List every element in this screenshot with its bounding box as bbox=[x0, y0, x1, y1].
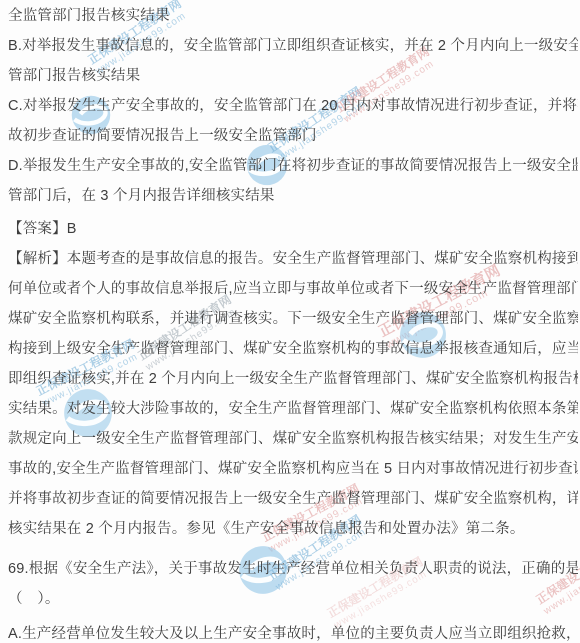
text-line: 煤矿安全监察机构联系，并进行调查核实。下一级安全生产监督管理部门、煤矿安全监察机 bbox=[8, 304, 578, 334]
document-text: 全监管部门报告核实结果 B.对举报发生事故信息的，安全监管部门立即组织查证核实，… bbox=[8, 1, 578, 643]
paragraph-analysis: 【解析】本题考查的是事故信息的报告。安全生产监督管理部门、煤矿安全监察机构接到任… bbox=[8, 244, 578, 544]
text-line: C.对举报发生生产安全事故的，安全监管部门在 20 日内对事故情况进行初步查证，… bbox=[8, 91, 578, 121]
text-line: 事故的,安全生产监督管理部门、煤矿安全监察机构应当在 5 日内对事故情况进行初步… bbox=[8, 454, 578, 484]
exam-document-page: 正保建设工程教育网 www.jianshe99.com 正保建设工程教育网 ww… bbox=[0, 0, 580, 643]
text-line: D.举报发生生产安全事故的,安全监管部门在将初步查证的事故简要情况报告上一级安全… bbox=[8, 151, 578, 181]
question-line: 69.根据《安全生产法》，关于事故发生时生产经营单位相关负责人职责的说法，正确的… bbox=[8, 554, 578, 584]
text-line: 即组织查证核实,并在 2 个月内向上一级安全生产监督管理部门、煤矿安全监察机构报… bbox=[8, 364, 578, 394]
text-line: B.对举报发生事故信息的，安全监管部门立即组织查证核实，并在 2 个月内向上一级… bbox=[8, 31, 578, 61]
paragraph-option-a-continuation: 全监管部门报告核实结果 bbox=[8, 1, 578, 31]
paragraph-option-c: C.对举报发生生产安全事故的，安全监管部门在 20 日内对事故情况进行初步查证，… bbox=[8, 91, 578, 151]
paragraph-option-b: B.对举报发生事故信息的，安全监管部门立即组织查证核实，并在 2 个月内向上一级… bbox=[8, 31, 578, 91]
text-line: 【解析】本题考查的是事故信息的报告。安全生产监督管理部门、煤矿安全监察机构接到任 bbox=[8, 244, 578, 274]
text-line: 何单位或者个人的事故信息举报后,应当立即与事故单位或者下一级安全生产监督管理部门… bbox=[8, 274, 578, 304]
text-line: 管部门报告核实结果 bbox=[8, 61, 578, 91]
text-line: 款规定向上一级安全生产监督管理部门、煤矿安全监察机构报告核实结果；对发生生产安全 bbox=[8, 424, 578, 454]
paragraph-question-69: 69.根据《安全生产法》，关于事故发生时生产经营单位相关负责人职责的说法，正确的… bbox=[8, 554, 578, 614]
text-line: 构接到上级安全生产监督管理部门、煤矿安全监察机构的事故信息举报核查通知后，应当立 bbox=[8, 334, 578, 364]
question-line: （ ）。 bbox=[8, 584, 578, 614]
text-line: 故初步查证的简要情况报告上一级安全监管部门 bbox=[8, 121, 578, 151]
text-line: 全监管部门报告核实结果 bbox=[8, 1, 578, 31]
text-line: A.生产经营单位发生较大及以上生产安全事故时，单位的主要负责人应当立即组织抢救，… bbox=[8, 619, 578, 643]
text-line: 实结果。对发生较大涉险事故的，安全生产监督管理部门、煤矿安全监察机构依照本条第二 bbox=[8, 394, 578, 424]
paragraph-option-d: D.举报发生生产安全事故的,安全监管部门在将初步查证的事故简要情况报告上一级安全… bbox=[8, 151, 578, 211]
paragraph-question-69-option-a: A.生产经营单位发生较大及以上生产安全事故时，单位的主要负责人应当立即组织抢救，… bbox=[8, 619, 578, 643]
text-line: 管部门后，在 3 个月内报告详细核实结果 bbox=[8, 181, 578, 211]
text-line: 核实结果在 2 个月内报告。参见《生产安全事故信息报告和处置办法》第二条。 bbox=[8, 514, 578, 544]
text-line: 并将事故初步查证的简要情况报告上一级安全生产监督管理部门、煤矿安全监察机构，详细 bbox=[8, 484, 578, 514]
answer-line: 【答案】B bbox=[8, 214, 578, 244]
paragraph-answer: 【答案】B bbox=[8, 214, 578, 244]
